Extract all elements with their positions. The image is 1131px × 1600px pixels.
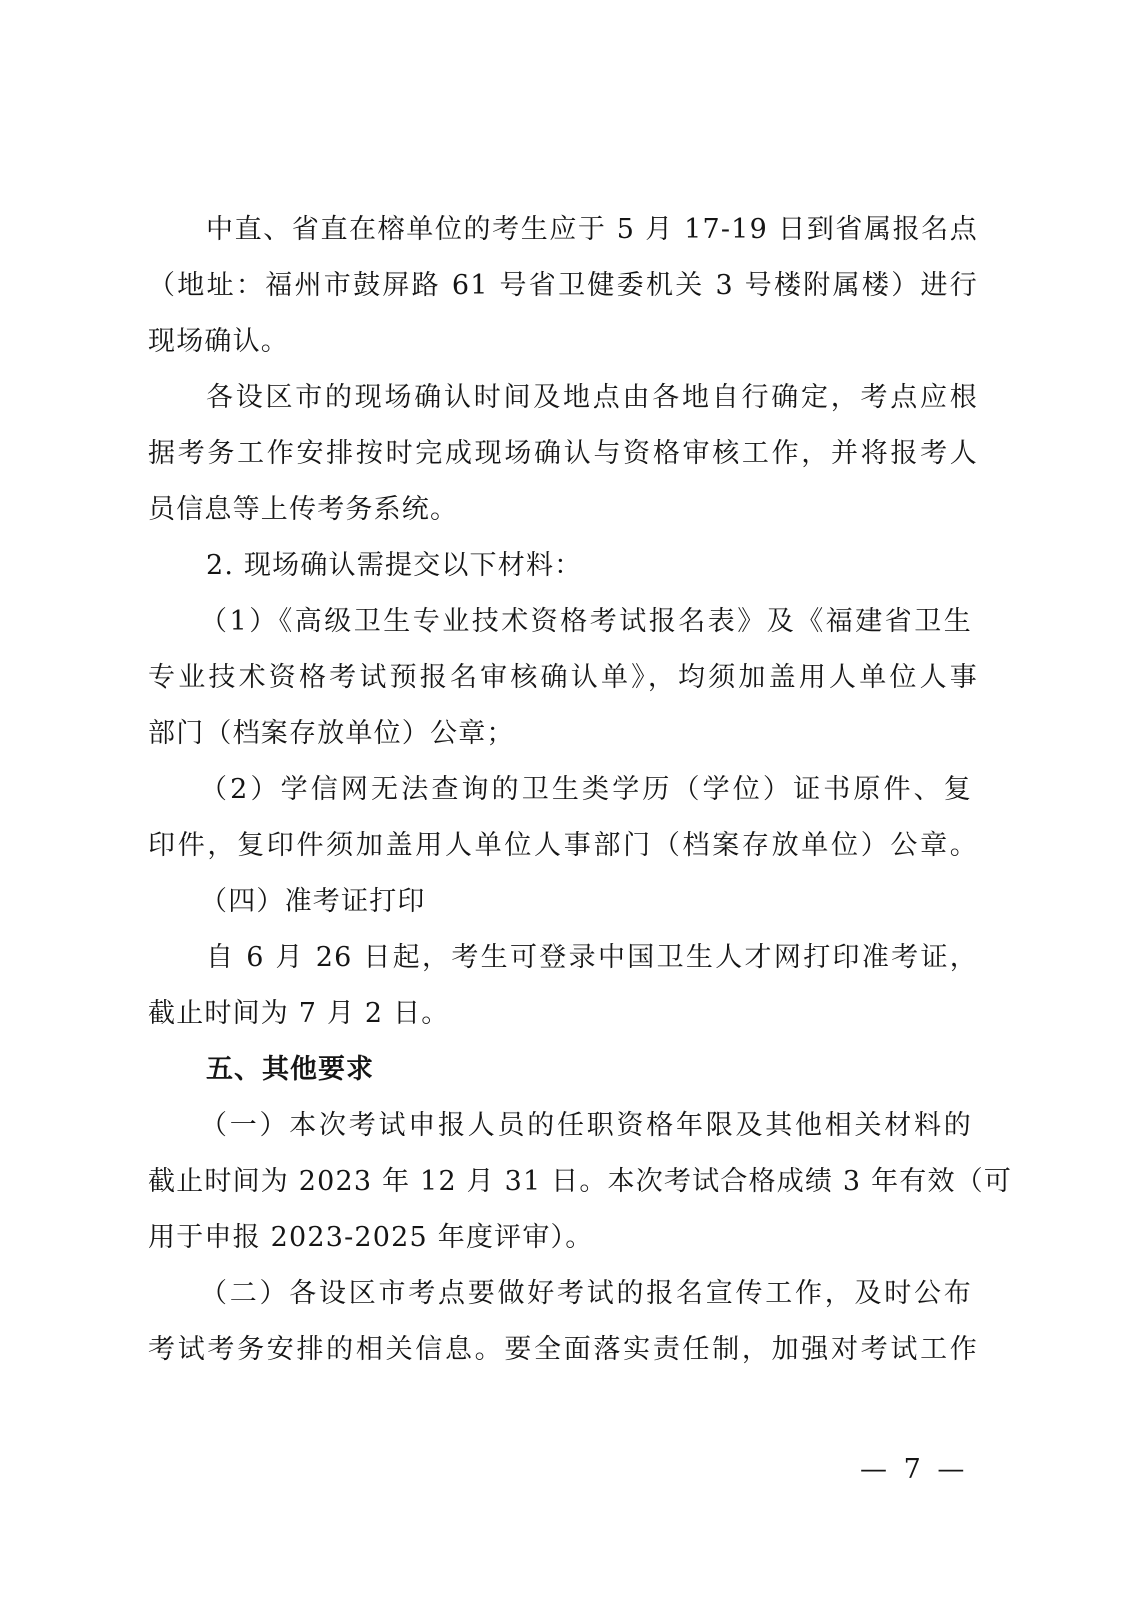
paragraph-line: 员信息等上传考务系统。 (148, 490, 978, 530)
paragraph-line: 自 6 月 26 日起，考生可登录中国卫生人才网打印准考证， (206, 938, 978, 978)
paragraph-line: 部门（档案存放单位）公章； (148, 714, 978, 754)
paragraph-line: （一）本次考试申报人员的任职资格年限及其他相关材料的 (200, 1106, 972, 1146)
paragraph-line: （地址：福州市鼓屏路 61 号省卫健委机关 3 号楼附属楼）进行 (148, 266, 978, 306)
paragraph-line: 各设区市的现场确认时间及地点由各地自行确定，考点应根 (206, 378, 978, 418)
document-page: 中直、省直在榕单位的考生应于 5 月 17-19 日到省属报名点 （地址：福州市… (0, 0, 1131, 1600)
paragraph-line: 截止时间为 2023 年 12 月 31 日。本次考试合格成绩 3 年有效（可 (148, 1162, 978, 1202)
page-number: — 7 — (860, 1450, 964, 1490)
paragraph-line: 据考务工作安排按时完成现场确认与资格审核工作，并将报考人 (148, 434, 978, 474)
section-heading: 五、其他要求 (206, 1050, 1036, 1090)
paragraph-line: 考试考务安排的相关信息。要全面落实责任制，加强对考试工作 (148, 1330, 978, 1370)
paragraph-line: （1）《高级卫生专业技术资格考试报名表》及《福建省卫生 (200, 602, 972, 642)
paragraph-line: 现场确认。 (148, 322, 978, 362)
paragraph-line: 截止时间为 7 月 2 日。 (148, 994, 978, 1034)
paragraph-line: 中直、省直在榕单位的考生应于 5 月 17-19 日到省属报名点 (206, 210, 978, 250)
subsection-label: 2. 现场确认需提交以下材料： (206, 546, 1036, 586)
paragraph-line: （2）学信网无法查询的卫生类学历（学位）证书原件、复 (200, 770, 972, 810)
paragraph-line: 印件，复印件须加盖用人单位人事部门（档案存放单位）公章。 (148, 826, 978, 866)
paragraph-line: 专业技术资格考试预报名审核确认单》，均须加盖用人单位人事 (148, 658, 978, 698)
paragraph-line: （二）各设区市考点要做好考试的报名宣传工作，及时公布 (200, 1274, 972, 1314)
paragraph-line: 用于申报 2023-2025 年度评审）。 (148, 1218, 978, 1258)
subsection-heading: （四）准考证打印 (200, 882, 1030, 922)
